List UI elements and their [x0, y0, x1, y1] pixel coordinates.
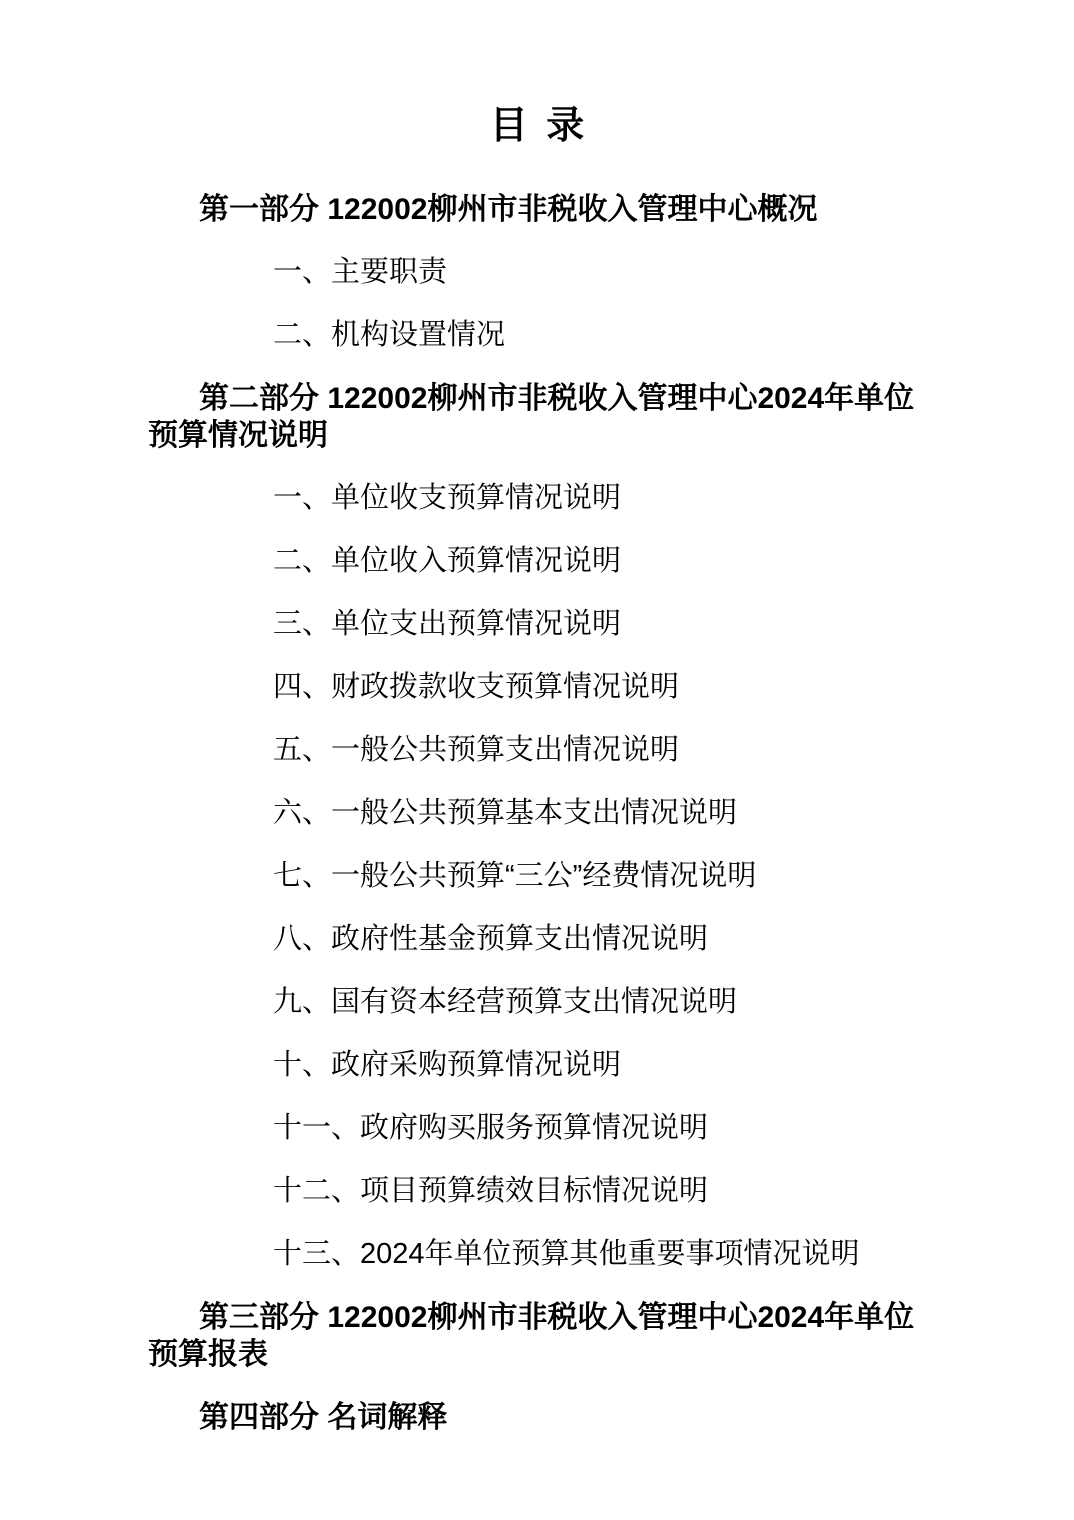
toc-item: 十二、项目预算绩效目标情况说明	[148, 1173, 930, 1210]
toc-part2-heading: 第二部分 122002柳州市非税收入管理中心2024年单位预算情况说明	[148, 380, 930, 454]
toc-item: 六、一般公共预算基本支出情况说明	[148, 795, 930, 832]
toc-item: 一、主要职责	[148, 254, 930, 291]
toc-item: 十三、2024年单位预算其他重要事项情况说明	[148, 1236, 930, 1273]
toc-item: 九、国有资本经营预算支出情况说明	[148, 984, 930, 1021]
toc-part3-heading: 第三部分 122002柳州市非税收入管理中心2024年单位预算报表	[148, 1299, 930, 1373]
toc-part1-heading: 第一部分 122002柳州市非税收入管理中心概况	[148, 191, 930, 228]
toc-item: 二、单位收入预算情况说明	[148, 543, 930, 580]
toc-item: 八、政府性基金预算支出情况说明	[148, 921, 930, 958]
page-title: 目 录	[148, 103, 930, 149]
toc-section-part4: 第四部分 名词解释	[148, 1399, 930, 1436]
toc-part4-heading: 第四部分 名词解释	[148, 1399, 930, 1436]
toc-item: 十、政府采购预算情况说明	[148, 1047, 930, 1084]
toc-item: 七、一般公共预算“三公”经费情况说明	[148, 858, 930, 895]
toc-item: 一、单位收支预算情况说明	[148, 480, 930, 517]
toc-section-part3: 第三部分 122002柳州市非税收入管理中心2024年单位预算报表	[148, 1299, 930, 1373]
toc-section-part2: 第二部分 122002柳州市非税收入管理中心2024年单位预算情况说明 一、单位…	[148, 380, 930, 1273]
toc-item: 三、单位支出预算情况说明	[148, 606, 930, 643]
document-page: 目 录 第一部分 122002柳州市非税收入管理中心概况 一、主要职责 二、机构…	[0, 0, 1074, 1520]
toc-item: 五、一般公共预算支出情况说明	[148, 732, 930, 769]
toc-item: 二、机构设置情况	[148, 317, 930, 354]
toc-section-part1: 第一部分 122002柳州市非税收入管理中心概况 一、主要职责 二、机构设置情况	[148, 191, 930, 354]
toc-item: 十一、政府购买服务预算情况说明	[148, 1110, 930, 1147]
toc-item: 四、财政拨款收支预算情况说明	[148, 669, 930, 706]
